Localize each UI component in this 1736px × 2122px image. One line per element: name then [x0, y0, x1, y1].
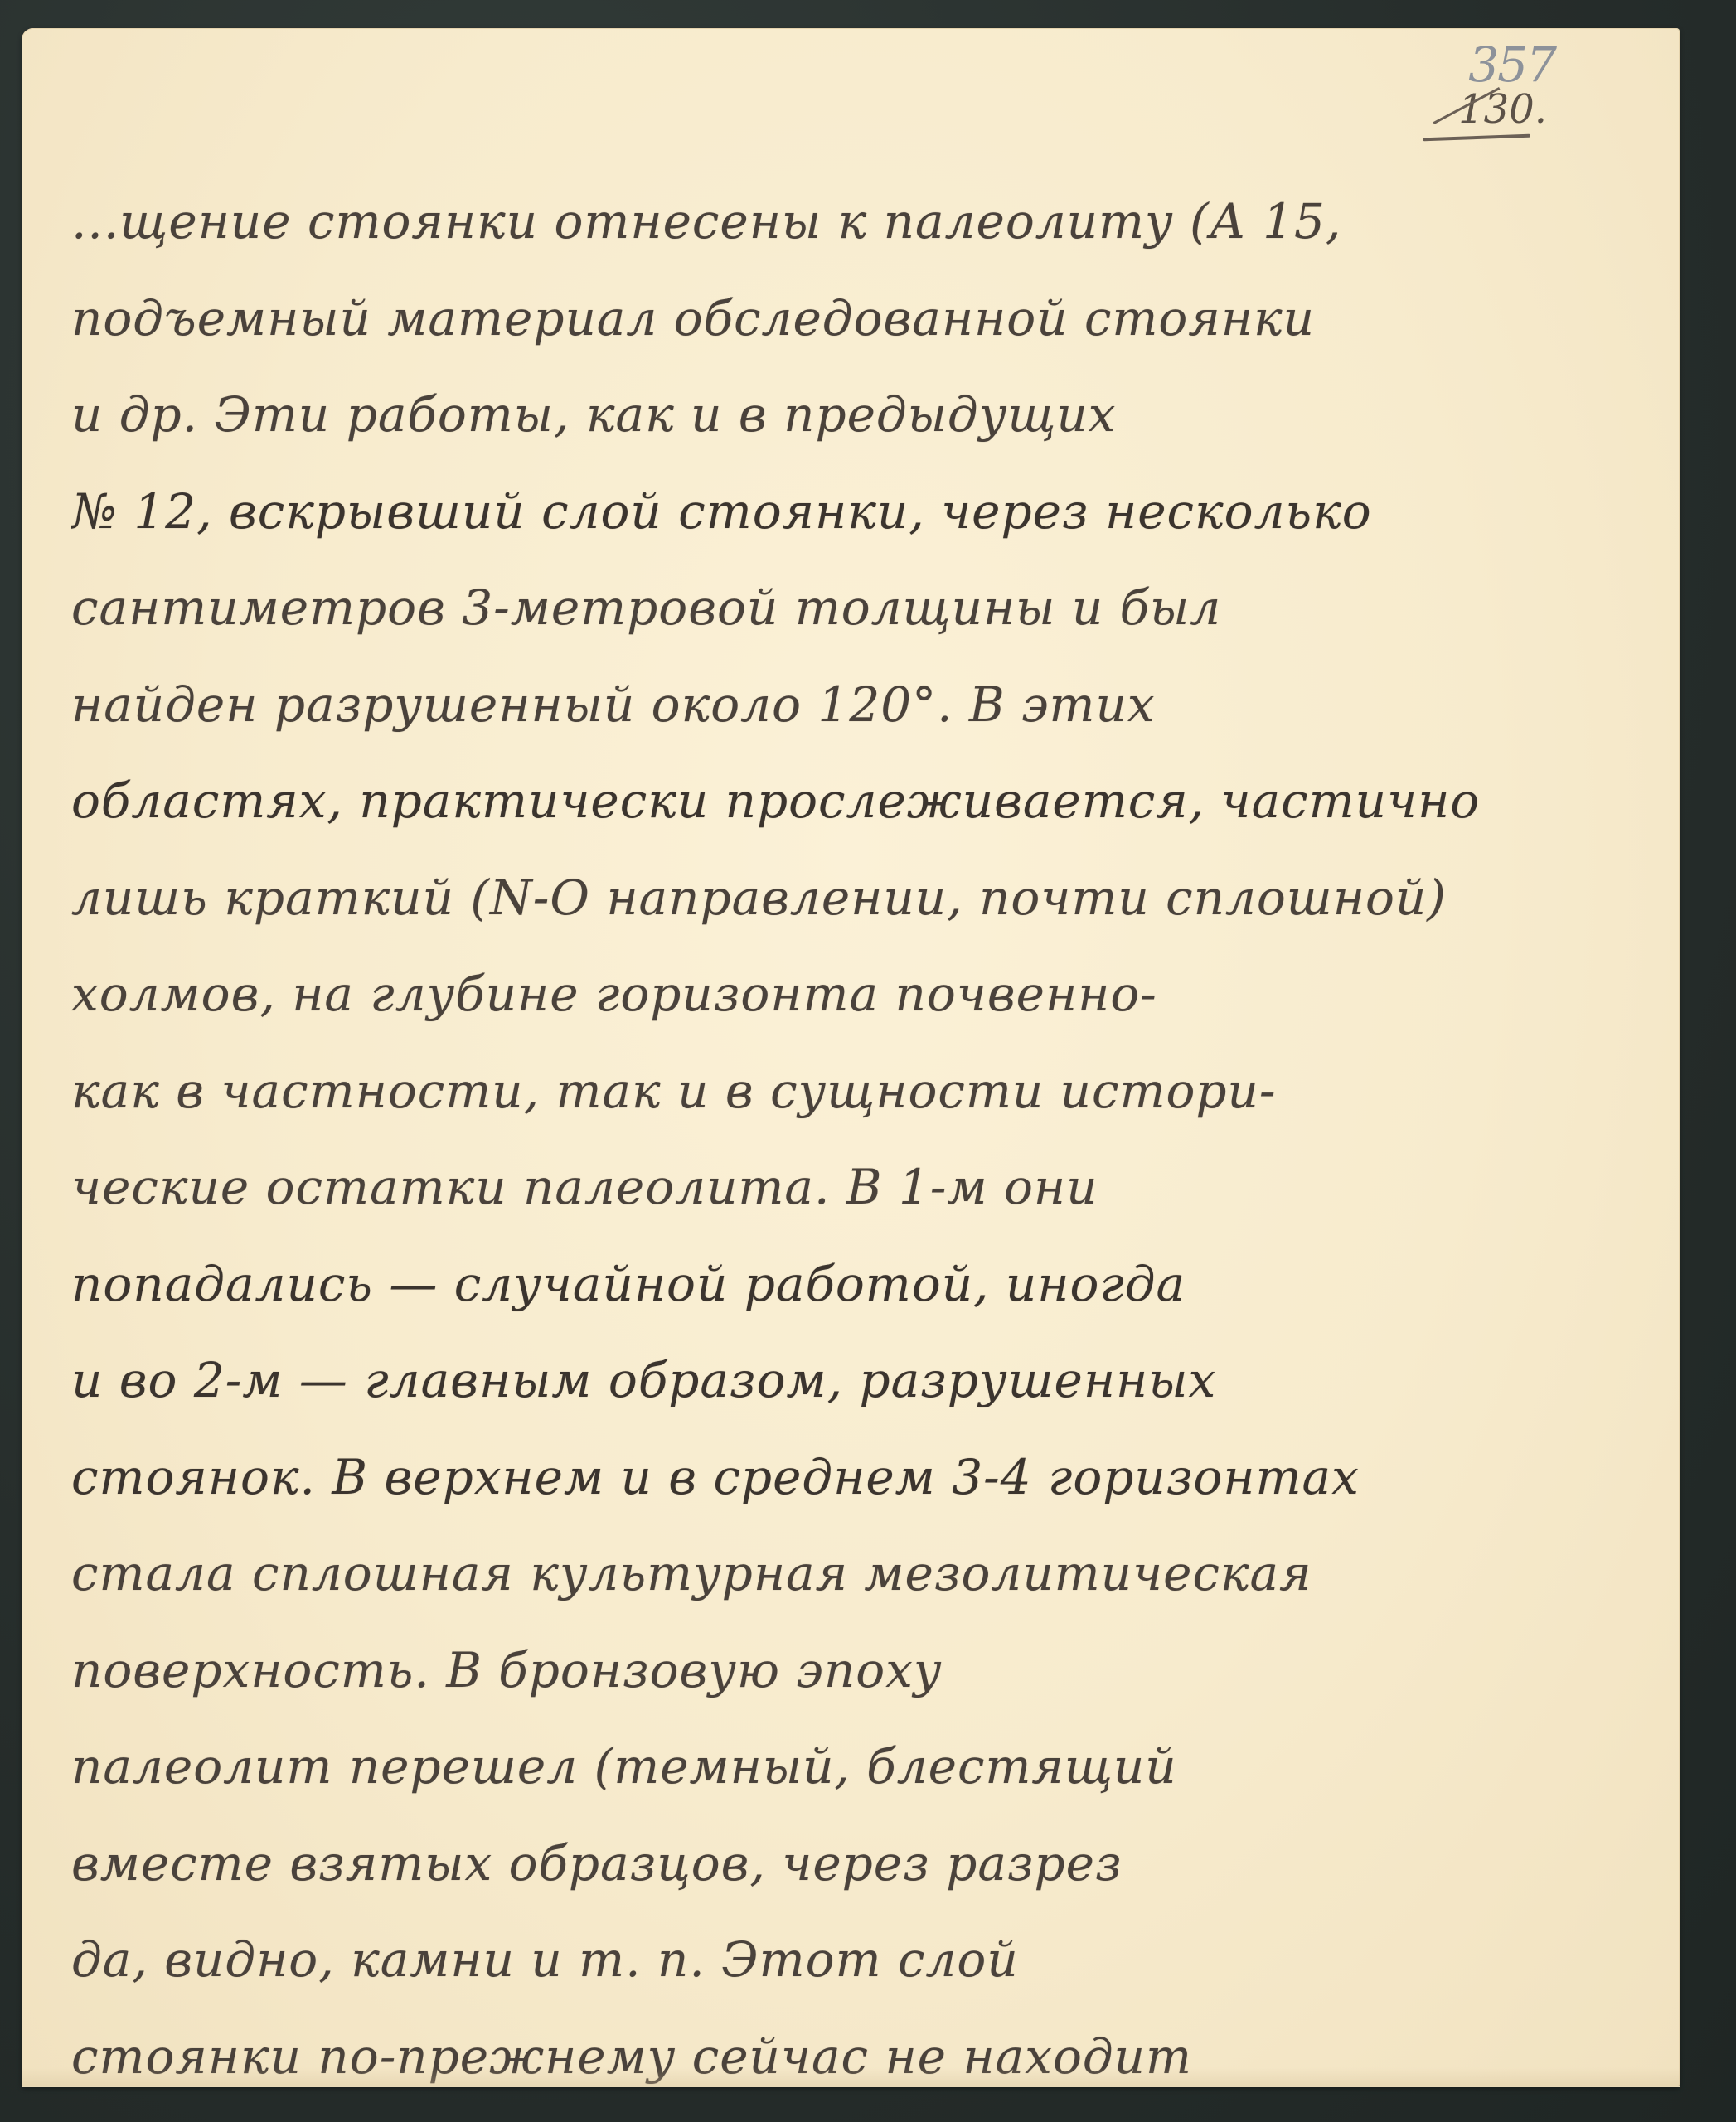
- manuscript-line: сантиметров 3-метровой толщины и был: [71, 560, 1646, 656]
- manuscript-line: и др. Эти работы, как и в предыдущих: [71, 366, 1646, 463]
- ink-page-number: 130.: [1458, 86, 1547, 133]
- handwritten-text-body: ...щение стоянки отнесены к палеолиту (А…: [71, 173, 1646, 2105]
- manuscript-line: подъемный материал обследованной стоянки: [71, 270, 1646, 367]
- manuscript-line: лишь краткий (N-O направлении, почти спл…: [71, 850, 1646, 947]
- manuscript-line: попадались — случайной работой, иногда: [71, 1236, 1646, 1333]
- manuscript-line: № 12, вскрывший слой стоянки, через неск…: [71, 463, 1646, 560]
- manuscript-line: холмов, на глубине горизонта почвенно-: [71, 946, 1646, 1043]
- pencil-folio-number: 357: [1468, 36, 1555, 93]
- manuscript-page: 357 130. ...щение стоянки отнесены к пал…: [22, 28, 1680, 2087]
- manuscript-line: стоянок. В верхнем и в среднем 3-4 гориз…: [71, 1429, 1646, 1526]
- manuscript-line: да, видно, камни и т. п. Этот слой: [71, 1911, 1646, 2008]
- manuscript-line: стала сплошная культурная мезолитическая: [71, 1525, 1646, 1622]
- manuscript-line: как в частности, так и в сущности истори…: [71, 1043, 1646, 1140]
- manuscript-line: ...щение стоянки отнесены к палеолиту (А…: [71, 173, 1646, 270]
- page-number-underline: [1423, 134, 1530, 142]
- manuscript-line: и во 2-м — главным образом, разрушенных: [71, 1332, 1646, 1429]
- manuscript-line: поверхность. В бронзовую эпоху: [71, 1622, 1646, 1719]
- manuscript-line: найден разрушенный около 120°. В этих: [71, 656, 1646, 753]
- manuscript-line: ческие остатки палеолита. В 1-м они: [71, 1139, 1646, 1236]
- manuscript-line: палеолит перешел (темный, блестящий: [71, 1718, 1646, 1815]
- manuscript-line: стоянки по-прежнему сейчас не находит: [71, 2008, 1646, 2105]
- manuscript-line: вместе взятых образцов, через разрез: [71, 1815, 1646, 1912]
- manuscript-line: областях, практически прослеживается, ча…: [71, 753, 1646, 850]
- folio-number-block: 357 130.: [1414, 36, 1580, 161]
